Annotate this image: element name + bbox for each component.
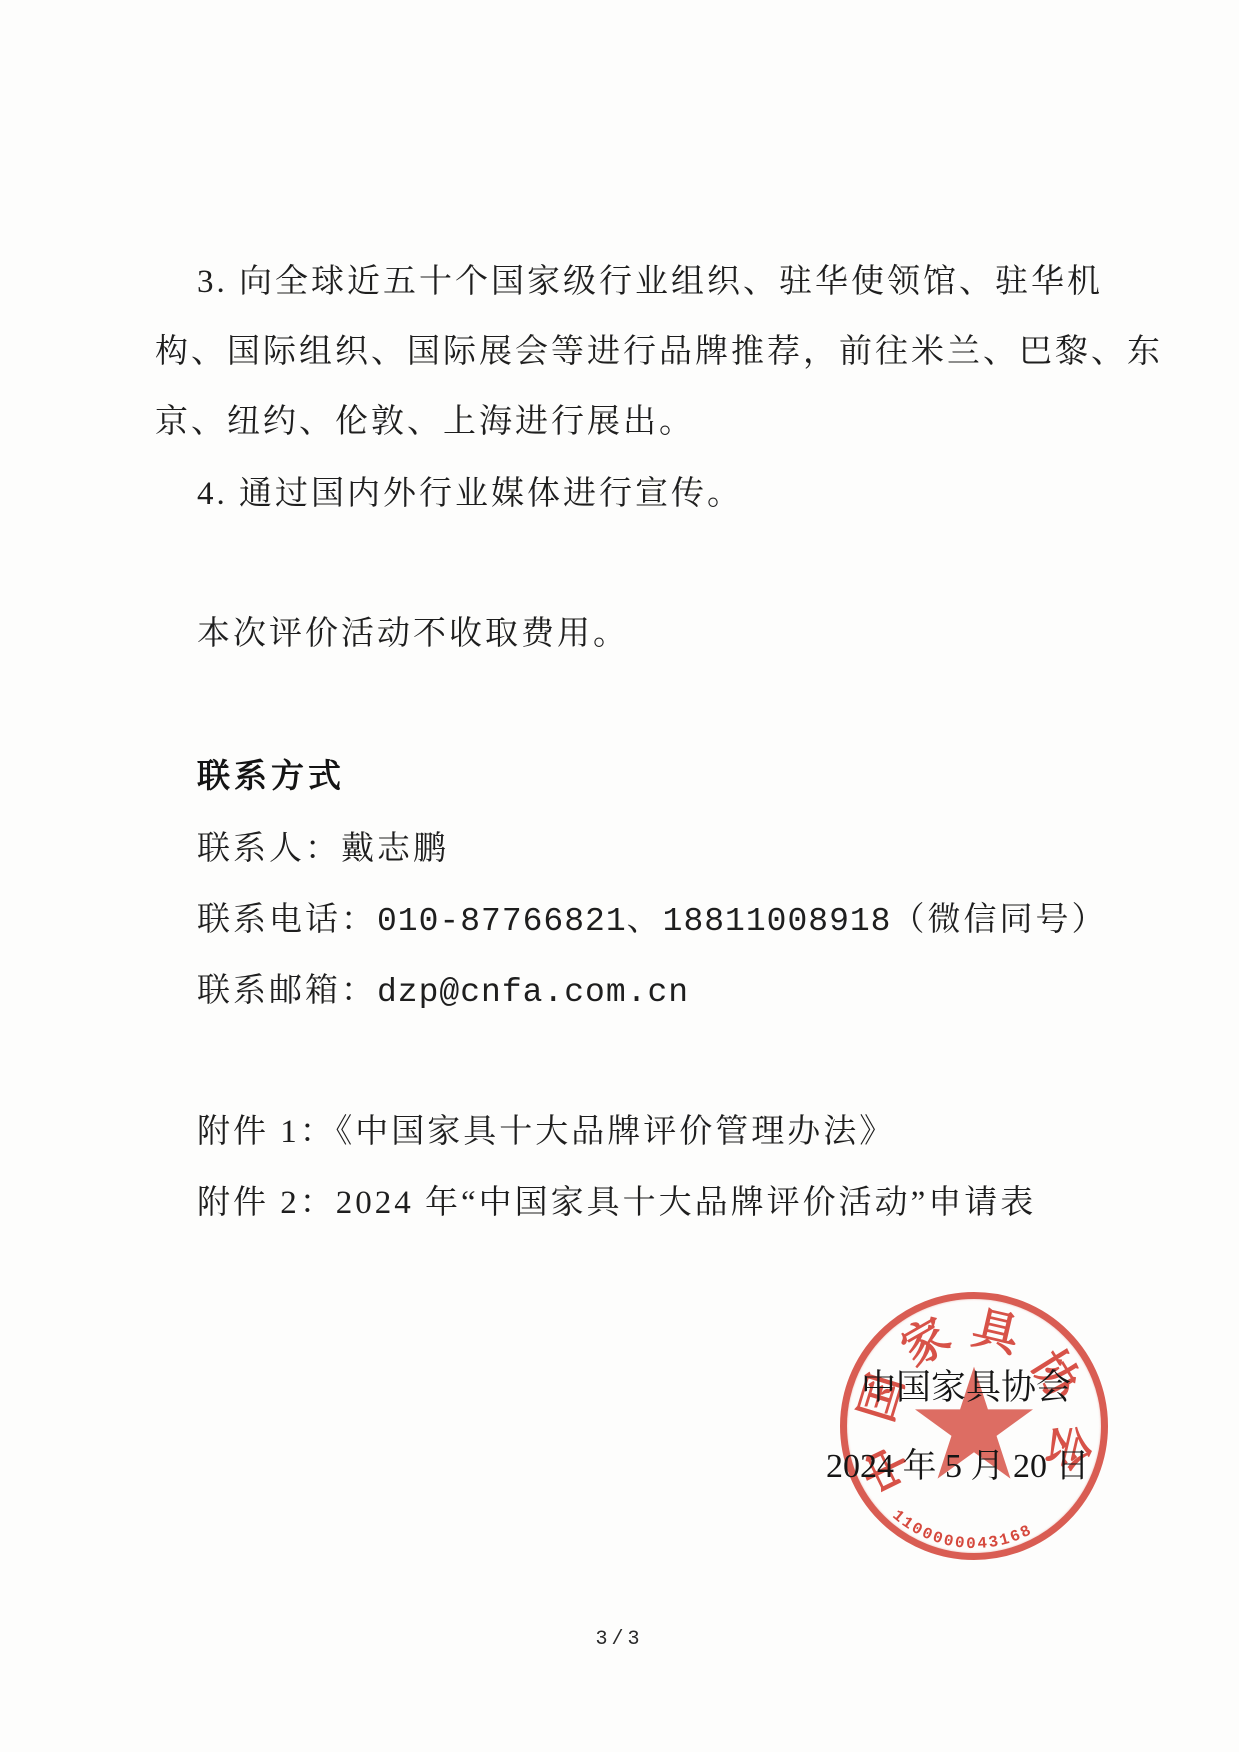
contact-email-label: 联系邮箱： xyxy=(197,973,377,1009)
contact-email-line: 联系邮箱：dzp@cnfa.com.cn xyxy=(197,964,689,1011)
contact-phone-number-1: 010-87766821 xyxy=(377,903,627,940)
paragraph-item3-line3: 京、纽约、伦敦、上海进行展出。 xyxy=(155,395,695,442)
contact-phone-number-2: 18811008918 xyxy=(663,903,892,940)
seal-serial-digit: 4 xyxy=(977,1534,988,1553)
contact-phone-line: 联系电话：010-87766821、18811008918（微信同号） xyxy=(197,893,1107,940)
contact-person-value: 戴志鹏 xyxy=(341,831,449,867)
attachment-item-1: 附件 1：《中国家具十大品牌评价管理办法》 xyxy=(197,1105,895,1152)
paragraph-item4: 4. 通过国内外行业媒体进行宣传。 xyxy=(197,467,743,514)
document-page: 3. 向全球近五十个国家级行业组织、驻华使领馆、驻华机 构、国际组织、国际展会等… xyxy=(0,0,1239,1752)
contact-person-label: 联系人： xyxy=(197,831,341,867)
seal-org-name: 中国家具协会 xyxy=(861,1360,1071,1410)
fee-note: 本次评价活动不收取费用。 xyxy=(197,607,629,654)
contact-heading: 联系方式 xyxy=(197,750,345,797)
paragraph-item3-line1: 3. 向全球近五十个国家级行业组织、驻华使领馆、驻华机 xyxy=(197,255,1103,302)
contact-phone-separator: 、 xyxy=(627,902,663,938)
official-seal: 中国家具协会 1100000043168 xyxy=(840,1292,1108,1560)
paragraph-item3-line2: 构、国际组织、国际展会等进行品牌推荐，前往米兰、巴黎、东 xyxy=(155,325,1163,372)
contact-email-value: dzp@cnfa.com.cn xyxy=(377,974,689,1011)
contact-phone-label: 联系电话： xyxy=(197,902,377,938)
page-number: 3/3 xyxy=(0,1628,1239,1651)
contact-phone-note: （微信同号） xyxy=(891,902,1107,938)
attachment-item-2: 附件 2：2024 年“中国家具十大品牌评价活动”申请表 xyxy=(197,1176,1036,1223)
contact-person-line: 联系人：戴志鹏 xyxy=(197,822,449,869)
seal-serial-digit: 0 xyxy=(966,1535,976,1553)
seal-date: 2024 年 5 月 20 日 xyxy=(826,1438,1090,1487)
